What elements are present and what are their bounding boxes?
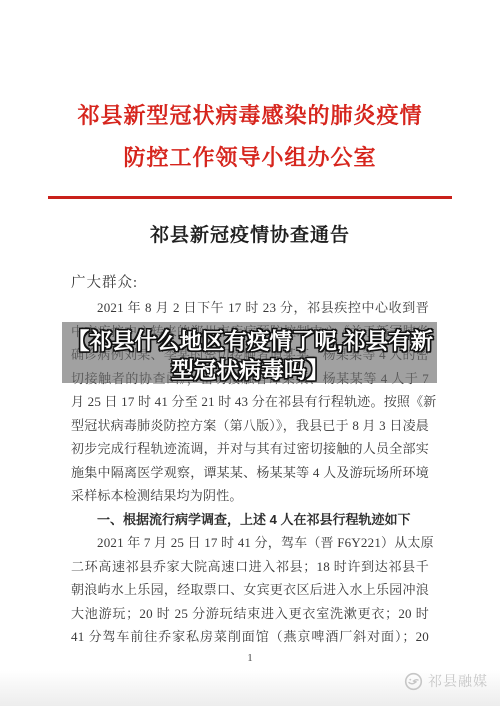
body-line: 型冠状病毒肺炎防控方案（第八版）》，我县已于 8 月 3 日凌晨 — [71, 414, 429, 438]
body-line: 41 分驾车前往乔家私房菜削面馆（燕京啤酒厂斜对面）；20 — [71, 625, 429, 649]
body-line: 二环高速祁县乔家大院高速口进入祁县；18 时许到达祁县千 — [71, 555, 429, 579]
overlay-caption-line2: 型冠状病毒吗】 — [45, 356, 455, 385]
media-watermark: 祁县融媒 — [404, 671, 488, 691]
body-line: 2021 年 7 月 25 日 17 时 41 分，驾车（晋 F6Y221）从太… — [71, 531, 429, 555]
body-line: 大池游玩；20 时 25 分游玩结束进入更衣室洗漱更衣；20 时 — [71, 602, 429, 626]
body-line: 一、根据流行病学调查，上述 4 人在祁县行程轨迹如下 — [71, 508, 429, 532]
qixian-media-logo-icon — [404, 672, 423, 691]
letterhead-line2: 防控工作领导小组办公室 — [0, 137, 500, 179]
page-number: 1 — [0, 652, 500, 664]
body-line: 月 25 日 17 时 41 分至 21 时 43 分在祁县有行程轨迹。按照《新 — [71, 390, 429, 414]
overlay-caption-line1: 【祁县什么地区有疫情了呢,祁县有新 — [45, 327, 455, 356]
salutation: 广大群众: — [71, 271, 138, 292]
body-line: 采样标本检测结果均为阴性。 — [71, 484, 429, 508]
letterhead-divider — [48, 196, 452, 199]
body-line: 朝浪屿水上乐园，经取票口、女宾更衣区后进入水上乐园冲浪 — [71, 578, 429, 602]
overlay-caption-text: 【祁县什么地区有疫情了呢,祁县有新 型冠状病毒吗】 — [45, 327, 455, 385]
body-line: 2021 年 8 月 2 日下午 17 时 23 分，祁县疾控中心收到晋 — [71, 296, 429, 320]
body-line: 施集中隔离医学观察，谭某某、杨某某等 4 人及游玩场所环境 — [71, 461, 429, 485]
letterhead-title: 祁县新型冠状病毒感染的肺炎疫情 防控工作领导小组办公室 — [0, 95, 500, 179]
watermark-label: 祁县融媒 — [428, 671, 488, 691]
document-photo: 祁县新型冠状病毒感染的肺炎疫情 防控工作领导小组办公室 祁县新冠疫情协查通告 广… — [0, 0, 500, 706]
body-line: 初步完成行程轨迹流调，并对与其有过密切接触的人员全部实 — [71, 437, 429, 461]
letterhead-line1: 祁县新型冠状病毒感染的肺炎疫情 — [0, 95, 500, 137]
notice-title: 祁县新冠疫情协查通告 — [0, 220, 500, 247]
